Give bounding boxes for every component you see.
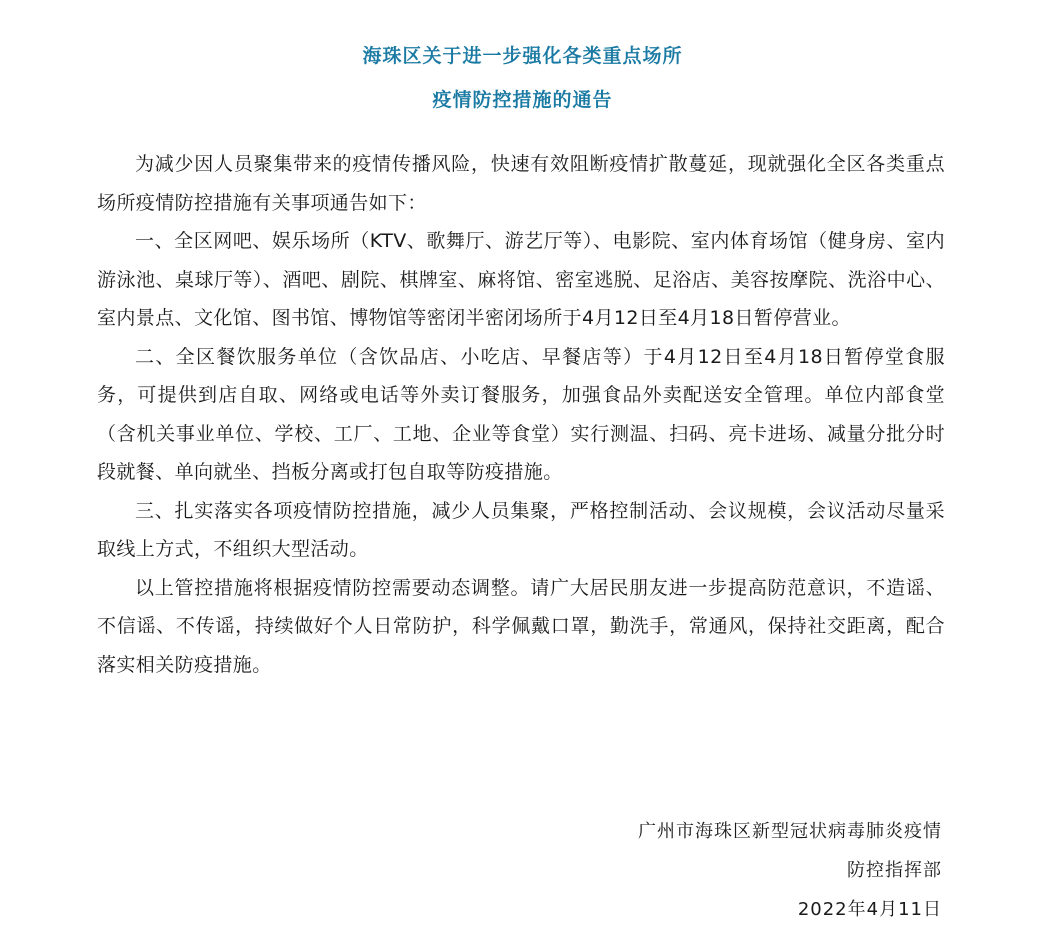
paragraph-closing: 以上管控措施将根据疫情防控需要动态调整。请广大居民朋友进一步提高防范意识，不造谣…: [97, 569, 945, 685]
issuer-line-1: 广州市海珠区新型冠状病毒肺炎疫情: [638, 812, 942, 851]
issue-date: 2022年4月11日: [638, 890, 942, 929]
paragraph-item-1: 一、全区网吧、娱乐场所（KTV、歌舞厅、游艺厅等）、电影院、室内体育场馆（健身房…: [97, 222, 945, 338]
notice-body: 为减少因人员聚集带来的疫情传播风险，快速有效阻断疫情扩散蔓延，现就强化全区各类重…: [97, 145, 945, 684]
title-line-1: 海珠区关于进一步强化各类重点场所: [0, 34, 1045, 78]
paragraph-item-2: 二、全区餐饮服务单位（含饮品店、小吃店、早餐店等）于4月12日至4月18日暂停堂…: [97, 338, 945, 492]
document-title: 海珠区关于进一步强化各类重点场所 疫情防控措施的通告: [0, 34, 1045, 122]
paragraph-intro: 为减少因人员聚集带来的疫情传播风险，快速有效阻断疫情扩散蔓延，现就强化全区各类重…: [97, 145, 945, 222]
paragraph-item-3: 三、扎实落实各项疫情防控措施，减少人员集聚，严格控制活动、会议规模，会议活动尽量…: [97, 492, 945, 569]
issuer-line-2: 防控指挥部: [638, 851, 942, 890]
title-line-2: 疫情防控措施的通告: [0, 78, 1045, 122]
signature-block: 广州市海珠区新型冠状病毒肺炎疫情 防控指挥部 2022年4月11日: [638, 812, 942, 929]
